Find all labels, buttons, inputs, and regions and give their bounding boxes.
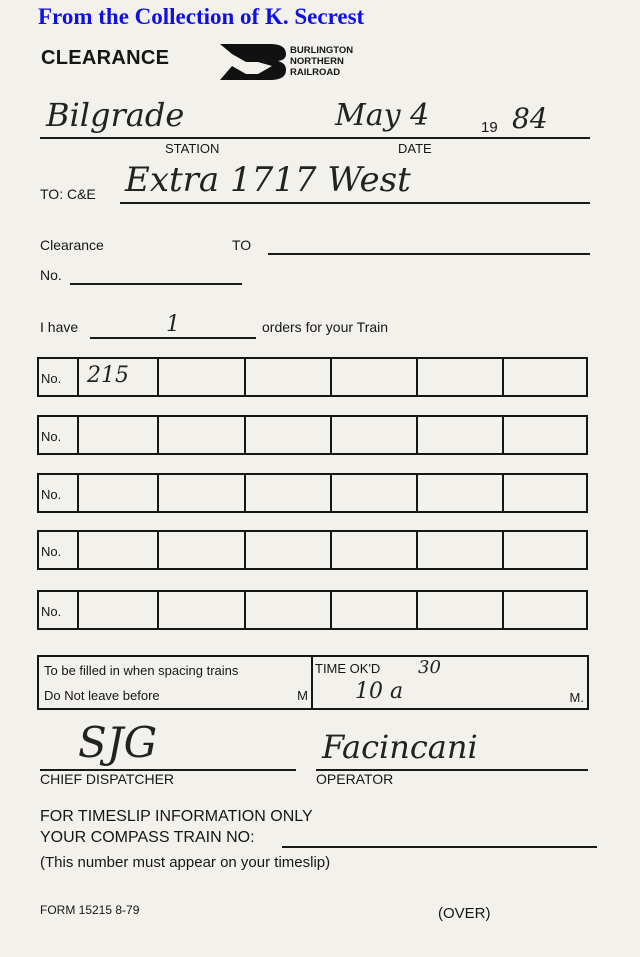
order-cell[interactable] (159, 475, 246, 511)
company-name: BURLINGTON NORTHERN RAILROAD (290, 45, 353, 78)
order-cell[interactable] (79, 592, 159, 628)
to-value: Extra 1717 West (125, 160, 411, 200)
order-row: No. 215 (37, 357, 588, 397)
order-cell[interactable] (246, 532, 332, 568)
order-no-label: No. (41, 487, 61, 502)
order-no-label: No. (41, 604, 61, 619)
chief-signature: SJG (78, 718, 157, 767)
order-cell[interactable] (246, 475, 332, 511)
order-cell[interactable] (504, 475, 586, 511)
station-label: STATION (165, 141, 219, 156)
order-row: No. (37, 415, 588, 455)
order-cell[interactable] (79, 417, 159, 453)
order-cell[interactable] (332, 592, 418, 628)
spacing-line1: To be filled in when spacing trains (44, 663, 238, 678)
order-cell[interactable] (246, 359, 332, 395)
year-value: 84 (512, 102, 548, 135)
order-cell[interactable] (332, 532, 418, 568)
order-cell[interactable] (332, 359, 418, 395)
operator-label: OPERATOR (316, 771, 393, 787)
orders-prefix: I have (40, 319, 78, 335)
orders-count-field[interactable] (90, 337, 256, 339)
order-cell[interactable] (159, 592, 246, 628)
orders-count: 1 (166, 312, 180, 337)
time-minutes: 30 (418, 657, 441, 678)
clearance-no-field[interactable] (70, 283, 242, 285)
order-cell[interactable] (418, 592, 504, 628)
timeslip-heading: FOR TIMESLIP INFORMATION ONLY (40, 808, 313, 826)
order-cell[interactable] (159, 532, 246, 568)
collection-banner: From the Collection of K. Secrest (38, 4, 364, 30)
order-cell[interactable] (418, 417, 504, 453)
order-cell[interactable] (504, 532, 586, 568)
spacing-m-left: M (297, 688, 308, 703)
order-cell[interactable] (159, 359, 246, 395)
time-okd-field[interactable]: TIME OK'D 30 10 a M. (313, 657, 587, 708)
timeslip-note: (This number must appear on your timesli… (40, 854, 330, 871)
compass-train-field[interactable] (282, 846, 597, 848)
order-cell[interactable] (246, 592, 332, 628)
order-cell[interactable] (332, 417, 418, 453)
order-cell[interactable] (504, 592, 586, 628)
station-value: Bilgrade (46, 96, 184, 134)
to-line (120, 202, 590, 204)
time-hour: 10 a (355, 679, 403, 704)
compass-train-label: YOUR COMPASS TRAIN NO: (40, 829, 255, 847)
orders-suffix: orders for your Train (262, 319, 388, 335)
clearance-label: Clearance (40, 237, 104, 253)
order-cell[interactable] (79, 532, 159, 568)
order-cell[interactable] (504, 417, 586, 453)
clearance-to-field[interactable] (268, 253, 590, 255)
order-cell[interactable] (418, 359, 504, 395)
date-label: DATE (398, 141, 432, 156)
chief-dispatcher-label: CHIEF DISPATCHER (40, 771, 174, 787)
order-no-label: No. (41, 371, 61, 386)
operator-signature: Facincani (322, 728, 478, 766)
form-number: FORM 15215 8-79 (40, 903, 139, 917)
to-label: TO: C&E (40, 186, 96, 202)
date-value: May 4 (335, 98, 429, 133)
order-cell[interactable] (504, 359, 586, 395)
order-no-label: No. (41, 429, 61, 444)
order-cell[interactable] (159, 417, 246, 453)
station-date-line (40, 137, 590, 139)
spacing-m-right: M. (570, 690, 584, 705)
bn-logo-icon (218, 40, 288, 82)
order-row: No. (37, 590, 588, 630)
order-cell[interactable] (418, 475, 504, 511)
over-label: (OVER) (438, 905, 491, 922)
clearance-to-label: TO (232, 237, 251, 253)
form-title: CLEARANCE (41, 47, 169, 70)
order-row: No. (37, 530, 588, 570)
order-cell[interactable]: 215 (79, 359, 159, 395)
order-cell[interactable] (418, 532, 504, 568)
order-no-label: No. (41, 544, 61, 559)
year-prefix: 19 (481, 119, 498, 136)
order-cell[interactable] (246, 417, 332, 453)
order-cell[interactable] (79, 475, 159, 511)
order-row: No. (37, 473, 588, 513)
clearance-no-label: No. (40, 267, 62, 283)
spacing-box: To be filled in when spacing trains Do N… (37, 655, 589, 710)
spacing-line2: Do Not leave before (44, 688, 160, 703)
order-cell[interactable] (332, 475, 418, 511)
time-okd-label: TIME OK'D (315, 661, 380, 676)
